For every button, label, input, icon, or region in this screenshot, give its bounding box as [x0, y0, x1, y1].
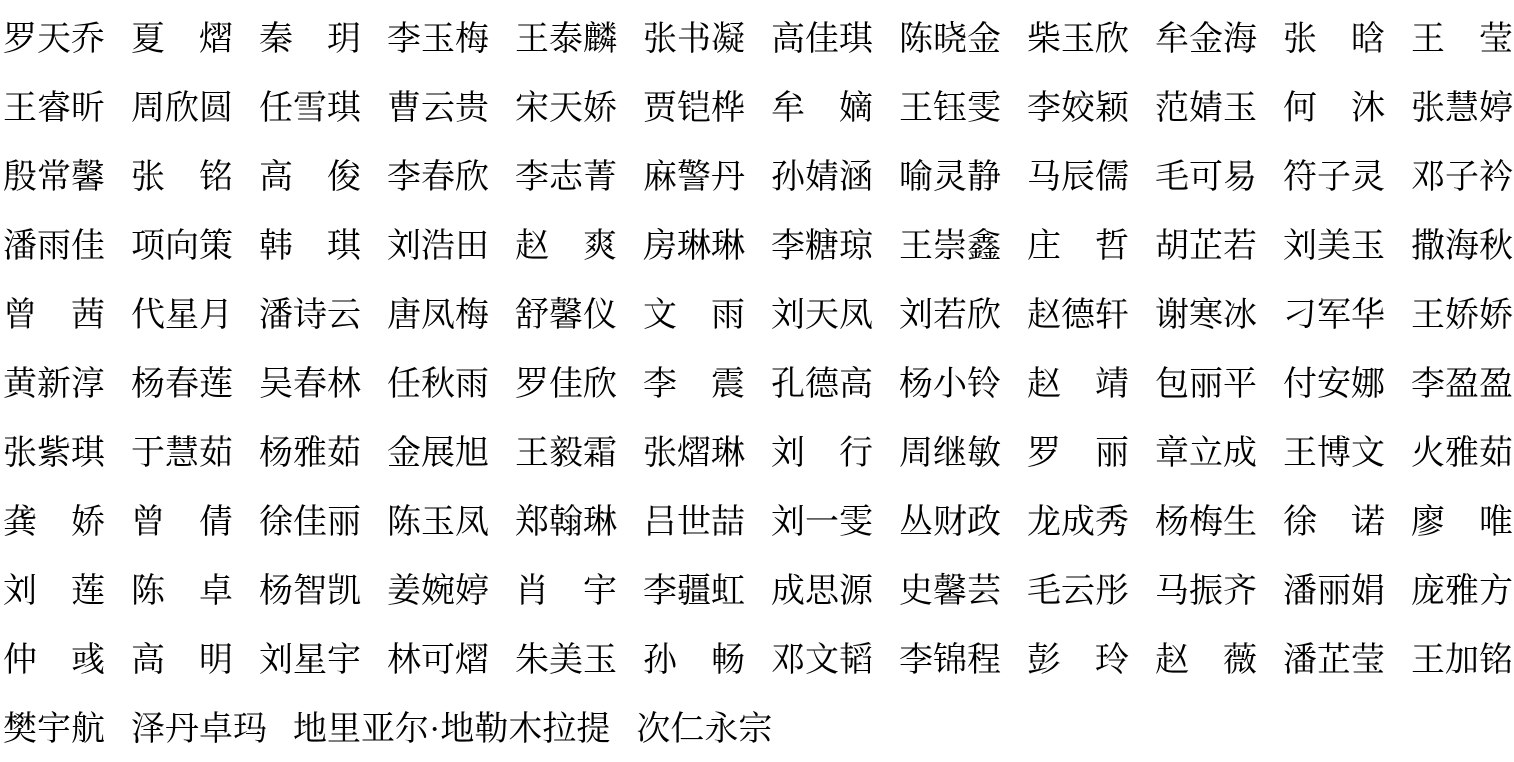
person-name: 马振齐: [1155, 563, 1257, 612]
person-name: 赵 爽: [515, 218, 617, 267]
person-name: 黄新淳: [3, 356, 105, 405]
person-name: 吕世喆: [643, 494, 745, 543]
person-name: 范婧玉: [1155, 80, 1257, 129]
person-name: 李玉梅: [387, 11, 489, 60]
name-row: 王睿昕周欣圆任雪琪曹云贵宋天娇贾铠桦牟 嫡王钰雯李姣颖范婧玉何 沐张慧婷: [3, 70, 1511, 139]
person-name: 毛云彤: [1027, 563, 1129, 612]
person-name: 史馨芸: [899, 563, 1001, 612]
person-name: 庄 哲: [1027, 218, 1129, 267]
person-name: 任雪琪: [259, 80, 361, 129]
name-row: 曾 茜代星月潘诗云唐凤梅舒馨仪文 雨刘天凤刘若欣赵德轩谢寒冰刁军华王娇娇: [3, 277, 1511, 346]
person-name: 成思源: [771, 563, 873, 612]
person-name: 罗天乔: [3, 11, 105, 60]
person-name: 殷常馨: [3, 149, 105, 198]
person-name: 仲 彧: [3, 632, 105, 681]
name-row: 黄新淳杨春莲吴春林任秋雨罗佳欣李 震孔德高杨小铃赵 靖包丽平付安娜李盈盈: [3, 346, 1511, 415]
person-name: 李锦程: [899, 632, 1001, 681]
person-name: 吴春林: [259, 356, 361, 405]
person-name: 包丽平: [1155, 356, 1257, 405]
person-name: 高佳琪: [771, 11, 873, 60]
name-row: 龚 娇曾 倩徐佳丽陈玉凤郑翰琳吕世喆刘一雯丛财政龙成秀杨梅生徐 诺廖 唯: [3, 484, 1511, 553]
person-name: 杨智凯: [259, 563, 361, 612]
person-name: 王 莹: [1411, 11, 1513, 60]
person-name: 何 沐: [1283, 80, 1385, 129]
person-name: 李志菁: [515, 149, 617, 198]
person-name: 符子灵: [1283, 149, 1385, 198]
name-row: 殷常馨张 铭高 俊李春欣李志菁麻警丹孙婧涵喻灵静马辰儒毛可易符子灵邓子衿: [3, 139, 1511, 208]
person-name: 章立成: [1155, 425, 1257, 474]
person-name: 谢寒冰: [1155, 287, 1257, 336]
person-name: 杨雅茹: [259, 425, 361, 474]
person-name: 张 晗: [1283, 11, 1385, 60]
person-name: 张慧婷: [1411, 80, 1513, 129]
person-name: 王睿昕: [3, 80, 105, 129]
person-name: 姜婉婷: [387, 563, 489, 612]
person-name: 陈玉凤: [387, 494, 489, 543]
name-row: 张紫琪于慧茹杨雅茹金展旭王毅霜张熠琳刘 行周继敏罗 丽章立成王博文火雅茹: [3, 415, 1511, 484]
person-name: 付安娜: [1283, 356, 1385, 405]
name-row: 潘雨佳项向策韩 琪刘浩田赵 爽房琳琳李糖琼王崇鑫庄 哲胡芷若刘美玉撒海秋: [3, 208, 1511, 277]
person-name: 牟金海: [1155, 11, 1257, 60]
person-name: 刘 莲: [3, 563, 105, 612]
person-name: 刘美玉: [1283, 218, 1385, 267]
person-name: 柴玉欣: [1027, 11, 1129, 60]
person-name: 金展旭: [387, 425, 489, 474]
person-name: 王崇鑫: [899, 218, 1001, 267]
person-name: 周继敏: [899, 425, 1001, 474]
person-name: 龙成秀: [1027, 494, 1129, 543]
name-row: 罗天乔夏 熠秦 玥李玉梅王泰麟张书凝高佳琪陈晓金柴玉欣牟金海张 晗王 莹: [3, 1, 1511, 70]
person-name: 李姣颖: [1027, 80, 1129, 129]
person-name: 李春欣: [387, 149, 489, 198]
person-name: 贾铠桦: [643, 80, 745, 129]
person-name: 王娇娇: [1411, 287, 1513, 336]
person-name: 潘雨佳: [3, 218, 105, 267]
person-name: 赵德轩: [1027, 287, 1129, 336]
person-name: 李糖琼: [771, 218, 873, 267]
person-name: 林可熠: [387, 632, 489, 681]
person-name: 火雅茹: [1411, 425, 1513, 474]
person-name: 郑翰琳: [515, 494, 617, 543]
person-name: 刘浩田: [387, 218, 489, 267]
person-name: 李疆虹: [643, 563, 745, 612]
person-name: 胡芷若: [1155, 218, 1257, 267]
person-name: 孙 畅: [643, 632, 745, 681]
person-name: 彭 玲: [1027, 632, 1129, 681]
person-name: 孔德高: [771, 356, 873, 405]
person-name: 潘芷莹: [1283, 632, 1385, 681]
person-name: 麻警丹: [643, 149, 745, 198]
person-name: 罗 丽: [1027, 425, 1129, 474]
person-name: 刘星宇: [259, 632, 361, 681]
person-name: 刁军华: [1283, 287, 1385, 336]
person-name: 刘一雯: [771, 494, 873, 543]
person-name: 廖 唯: [1411, 494, 1513, 543]
person-name: 王钰雯: [899, 80, 1001, 129]
person-name: 王毅霜: [515, 425, 617, 474]
person-name: 房琳琳: [643, 218, 745, 267]
person-name: 曾 茜: [3, 287, 105, 336]
person-name: 地里亚尔·地勒木拉提: [293, 701, 610, 750]
person-name: 李盈盈: [1411, 356, 1513, 405]
person-name: 李 震: [643, 356, 745, 405]
person-name: 孙婧涵: [771, 149, 873, 198]
person-name: 高 明: [131, 632, 233, 681]
person-name: 喻灵静: [899, 149, 1001, 198]
person-name: 任秋雨: [387, 356, 489, 405]
person-name: 秦 玥: [259, 11, 361, 60]
person-name: 张书凝: [643, 11, 745, 60]
person-name: 徐佳丽: [259, 494, 361, 543]
person-name: 陈 卓: [131, 563, 233, 612]
person-name: 赵 薇: [1155, 632, 1257, 681]
person-name: 樊宇航: [3, 701, 105, 750]
person-name: 潘丽娟: [1283, 563, 1385, 612]
person-name: 项向策: [131, 218, 233, 267]
person-name: 文 雨: [643, 287, 745, 336]
name-row: 樊宇航泽丹卓玛地里亚尔·地勒木拉提次仁永宗: [3, 691, 1511, 760]
person-name: 王泰麟: [515, 11, 617, 60]
person-name: 罗佳欣: [515, 356, 617, 405]
person-name: 赵 靖: [1027, 356, 1129, 405]
person-name: 刘 行: [771, 425, 873, 474]
person-name: 刘若欣: [899, 287, 1001, 336]
person-name: 夏 熠: [131, 11, 233, 60]
person-name: 朱美玉: [515, 632, 617, 681]
person-name: 曹云贵: [387, 80, 489, 129]
person-name: 舒馨仪: [515, 287, 617, 336]
person-name: 周欣圆: [131, 80, 233, 129]
person-name: 王加铭: [1411, 632, 1513, 681]
person-name: 牟 嫡: [771, 80, 873, 129]
person-name: 肖 宇: [515, 563, 617, 612]
person-name: 张熠琳: [643, 425, 745, 474]
person-name: 张 铭: [131, 149, 233, 198]
name-row: 刘 莲陈 卓杨智凯姜婉婷肖 宇李疆虹成思源史馨芸毛云彤马振齐潘丽娟庞雅方: [3, 553, 1511, 622]
person-name: 曾 倩: [131, 494, 233, 543]
person-name: 陈晓金: [899, 11, 1001, 60]
person-name: 徐 诺: [1283, 494, 1385, 543]
person-name: 次仁永宗: [636, 701, 772, 750]
person-name: 泽丹卓玛: [131, 701, 267, 750]
person-name: 龚 娇: [3, 494, 105, 543]
person-name: 毛可易: [1155, 149, 1257, 198]
person-name: 潘诗云: [259, 287, 361, 336]
person-name: 唐凤梅: [387, 287, 489, 336]
person-name: 邓子衿: [1411, 149, 1513, 198]
person-name: 刘天凤: [771, 287, 873, 336]
person-name: 杨春莲: [131, 356, 233, 405]
person-name: 高 俊: [259, 149, 361, 198]
person-name: 邓文韬: [771, 632, 873, 681]
person-name: 杨梅生: [1155, 494, 1257, 543]
name-row: 仲 彧高 明刘星宇林可熠朱美玉孙 畅邓文韬李锦程彭 玲赵 薇潘芷莹王加铭: [3, 622, 1511, 691]
person-name: 代星月: [131, 287, 233, 336]
person-name: 韩 琪: [259, 218, 361, 267]
person-name: 杨小铃: [899, 356, 1001, 405]
person-name: 宋天娇: [515, 80, 617, 129]
person-name: 撒海秋: [1411, 218, 1513, 267]
person-name: 于慧茹: [131, 425, 233, 474]
person-name: 马辰儒: [1027, 149, 1129, 198]
person-name: 庞雅方: [1411, 563, 1513, 612]
name-roster-page: 罗天乔夏 熠秦 玥李玉梅王泰麟张书凝高佳琪陈晓金柴玉欣牟金海张 晗王 莹王睿昕周…: [0, 0, 1514, 762]
person-name: 丛财政: [899, 494, 1001, 543]
person-name: 张紫琪: [3, 425, 105, 474]
person-name: 王博文: [1283, 425, 1385, 474]
